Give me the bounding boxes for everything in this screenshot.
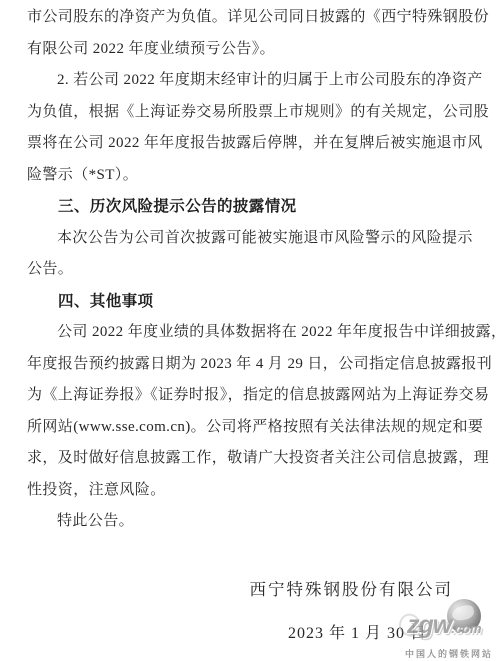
doc-line: 公司 2022 年度业绩的具体数据将在 2022 年年度报告中详细披露， <box>27 317 473 349</box>
section-heading: 三、历次风险提示公告的披露情况 <box>27 191 473 223</box>
doc-line: 票将在公司 2022 年年度报告披露后停牌，并在复牌后被实施退市风 <box>27 128 473 160</box>
doc-line: 年度报告预约披露日期为 2023 年 4 月 29 日，公司指定信息披露报刊 <box>27 349 473 381</box>
announcement-document: 市公司股东的净资产为负值。详见公司同日披露的《西宁特殊钢股份有限公司 2022 … <box>0 0 500 661</box>
doc-line: 2. 若公司 2022 年度期末经审计的归属于上市公司股东的净资产 <box>27 65 473 97</box>
section-heading: 四、其他事项 <box>27 286 473 318</box>
document-body: 市公司股东的净资产为负值。详见公司同日披露的《西宁特殊钢股份有限公司 2022 … <box>0 2 500 650</box>
doc-line: 性投资，注意风险。 <box>27 475 473 507</box>
doc-line: 有限公司 2022 年度业绩预亏公告》。 <box>27 34 473 66</box>
doc-line: 本次公告为公司首次披露可能被实施退市风险警示的风险提示 <box>27 223 473 255</box>
doc-line: 求，及时做好信息披露工作，敬请广大投资者关注公司信息披露，理 <box>27 443 473 475</box>
doc-line: 险警示（*ST）。 <box>27 160 473 192</box>
doc-line: 特此公告。 <box>27 506 473 538</box>
doc-line: 公告。 <box>27 254 473 286</box>
doc-line: 为《上海证券报》《证券时报》，指定的信息披露网站为上海证券交易 <box>27 380 473 412</box>
date-line: 2023 年 1 月 30 日 <box>27 618 473 650</box>
signature-line: 西宁特殊钢股份有限公司 <box>27 574 473 606</box>
doc-line: 市公司股东的净资产为负值。详见公司同日披露的《西宁特殊钢股份 <box>27 2 473 34</box>
doc-line: 所网站(www.sse.com.cn)。公司将严格按照有关法律法规的规定和要 <box>27 412 473 444</box>
doc-line: 为负值，根据《上海证券交易所股票上市规则》的有关规定，公司股 <box>27 97 473 129</box>
